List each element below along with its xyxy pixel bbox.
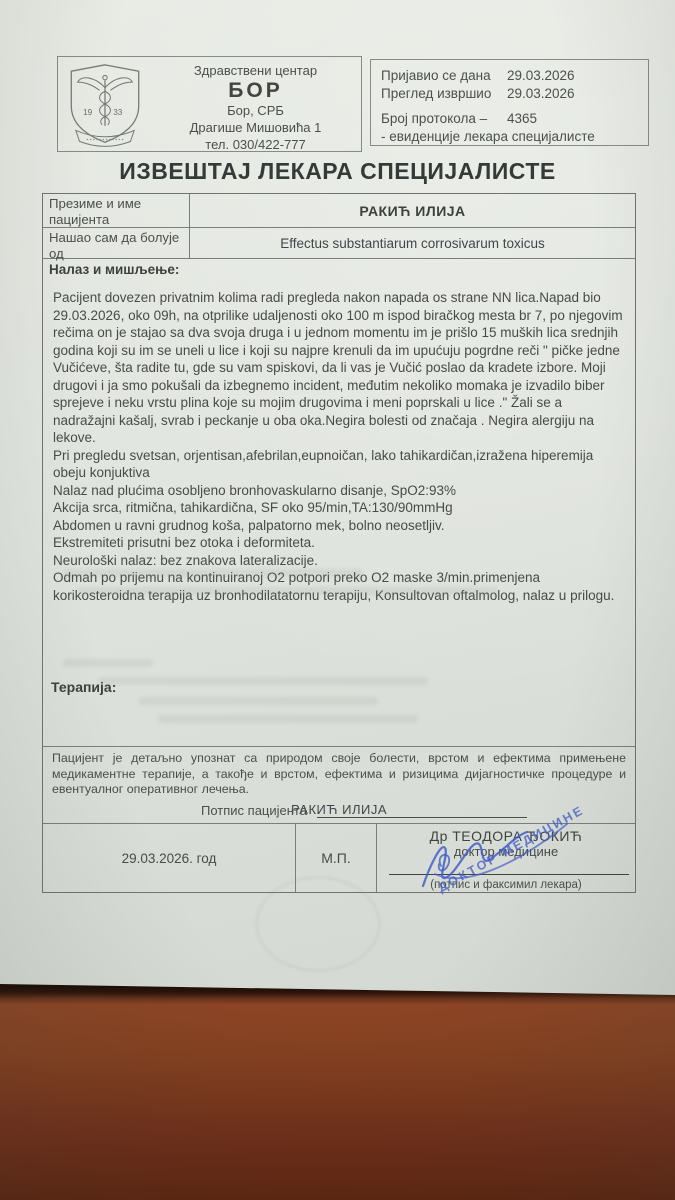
logo-year-right: 33 [113, 108, 123, 117]
findings-line: Akcija srca, ritmična, tahikardična, SF … [53, 499, 625, 517]
clinic-name: БОР [154, 79, 357, 102]
stamp-placeholder: М.П. [296, 824, 377, 892]
therapy-label: Терапија: [51, 679, 116, 695]
findings-label: Налаз и мишљење: [43, 259, 635, 277]
protocol-box: Пријавио се дана 29.03.2026 Преглед извр… [370, 59, 649, 146]
findings-line: Pri pregledu svetsan, orjentisan,afebril… [53, 447, 625, 482]
protocol-number-label: Број протокола – [381, 110, 507, 128]
exam-date-value: 29.03.2026 [507, 85, 575, 103]
bleed-through-ghost [158, 715, 418, 723]
patient-signature-label: Потпис пацијента [201, 803, 307, 818]
caduceus-shield-icon: 19 33 [64, 60, 146, 148]
findings-line: Odmah po prijemu na kontinuiranoj O2 pot… [53, 569, 625, 604]
medical-report-page: 19 33 Здравствени центар БОР Бор, СРБ Др… [0, 0, 675, 995]
reported-date-label: Пријавио се дана [381, 67, 507, 85]
doctor-cell: Др ТЕОДОРА ЂОКИЋ доктор медицине (потпис… [377, 824, 635, 892]
bleed-through-ghost [138, 697, 378, 705]
findings-line: Neurološki nalaz: bez znakova lateraliza… [53, 552, 625, 570]
findings-line: Ekstremiteti prisutni bez otoka i deform… [53, 534, 625, 552]
clinic-phone: тел. 030/422-777 [154, 136, 357, 153]
diagnosis-label: Нашао сам да болује од [43, 228, 190, 258]
clinic-address: Драгише Мишовића 1 [154, 119, 357, 136]
bleed-through-ghost [63, 659, 153, 667]
findings-paragraph: Pacijent dovezen privatnim kolima radi p… [53, 289, 625, 447]
patient-name-value: РАКИЋ ИЛИЈА [359, 203, 465, 219]
protocol-number-value: 4365 [507, 110, 537, 128]
clinic-header-box: 19 33 Здравствени центар БОР Бор, СРБ Др… [57, 56, 362, 152]
page-title: ИЗВЕШТАЈ ЛЕКАРА СПЕЦИЈАЛИСТЕ [0, 158, 675, 185]
consent-text: Пацијент је детаљно упознат са природом … [52, 751, 626, 798]
diagnosis-row: Нашао сам да болује од Effectus substant… [43, 228, 635, 259]
clinic-city: Бор, СРБ [154, 102, 357, 119]
clinic-type: Здравствени центар [154, 62, 357, 79]
document-photo: 19 33 Здравствени центар БОР Бор, СРБ Др… [0, 0, 675, 1200]
signature-row: 29.03.2026. год М.П. Др ТЕОДОРА ЂОКИЋ до… [43, 824, 635, 892]
exam-date-label: Преглед извршио [381, 85, 507, 103]
findings-line: Nalaz nad plućima osobljeno bronhovaskul… [53, 482, 625, 500]
bleed-through-ghost [98, 677, 428, 685]
report-date: 29.03.2026. год [43, 824, 296, 892]
reported-date-value: 29.03.2026 [507, 67, 575, 85]
findings-line: Abdomen u ravni grudnog koša, palpatorno… [53, 517, 625, 535]
report-table: Презиме и име пацијента РАКИЋ ИЛИЈА Наша… [42, 193, 636, 893]
logo-year-left: 19 [83, 108, 93, 117]
diagnosis-value: Effectus substantiarum corrosivarum toxi… [280, 236, 545, 251]
protocol-note: - евиденције лекара специјалисте [381, 128, 648, 146]
patient-name-label: Презиме и име пацијента [43, 194, 190, 227]
patient-name-row: Презиме и име пацијента РАКИЋ ИЛИЈА [43, 194, 635, 228]
findings-section: Налаз и мишљење: Pacijent dovezen privat… [43, 259, 635, 747]
